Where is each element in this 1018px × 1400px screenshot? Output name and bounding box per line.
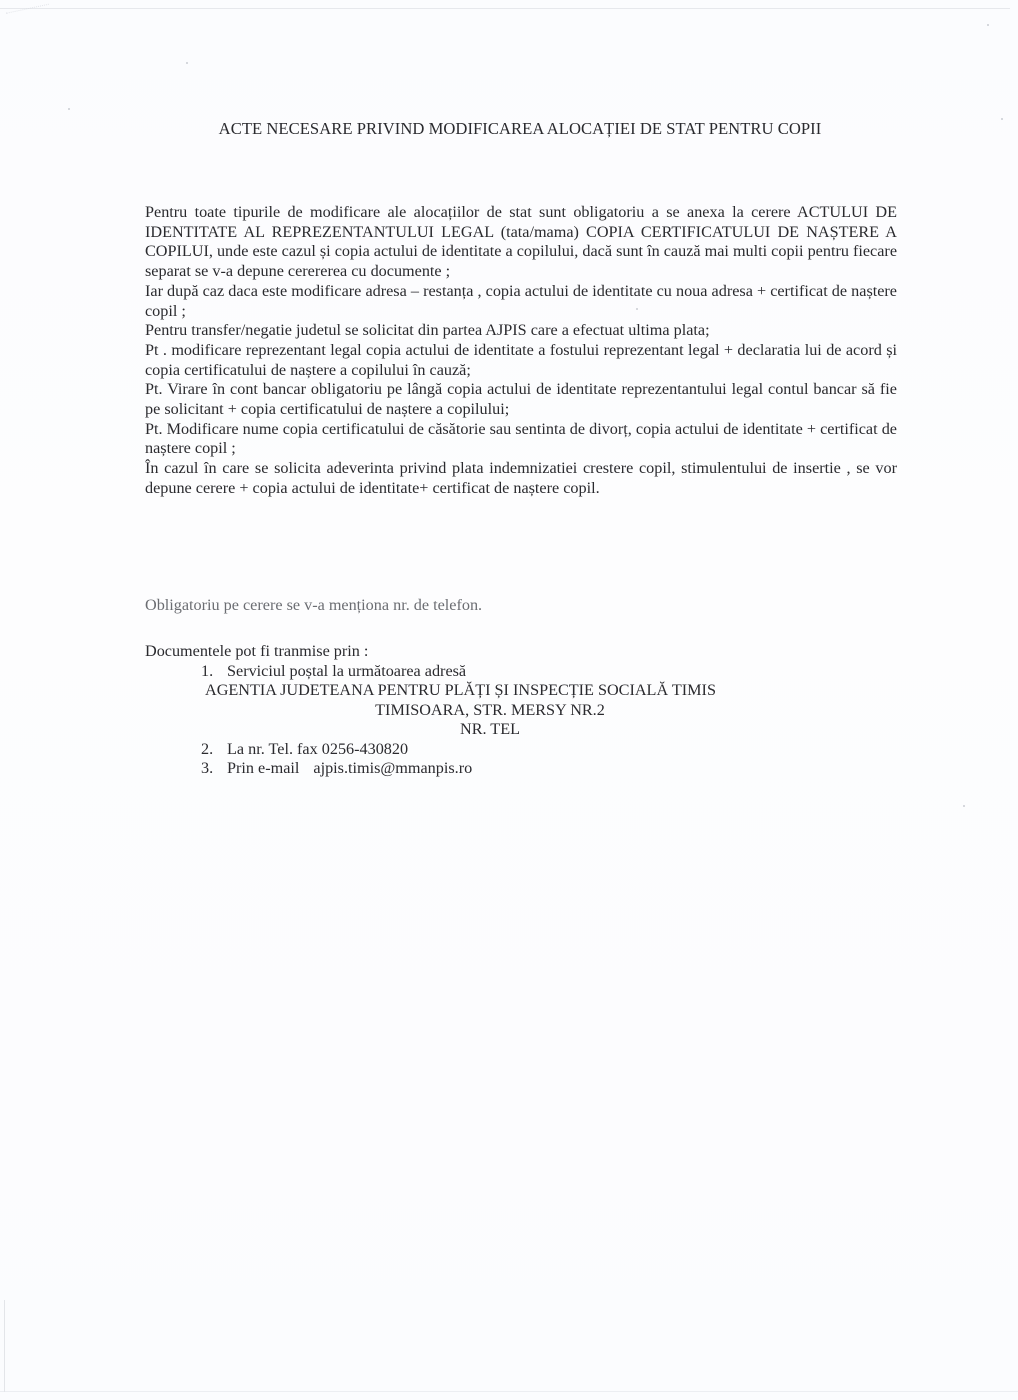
- scan-speck: [68, 108, 70, 110]
- scan-edge-left: [4, 1300, 5, 1392]
- transmission-item-fax: 2.La nr. Tel. fax 0256-430820: [145, 740, 905, 760]
- transmission-item-email: 3.Prin e-mailajpis.timis@mmanpis.ro: [145, 759, 905, 779]
- scanned-page: ACTE NECESARE PRIVIND MODIFICAREA ALOCAȚ…: [0, 0, 1018, 1400]
- email-address: ajpis.timis@mmanpis.ro: [313, 759, 472, 777]
- agency-street-address: TIMISOARA, STR. MERSY NR.2: [145, 701, 835, 721]
- transmission-intro: Documentele pot fi tranmise prin :: [145, 642, 905, 662]
- paragraph-general-requirements: Pentru toate tipurile de modificare ale …: [145, 203, 897, 282]
- list-label: Prin e-mail: [227, 759, 299, 777]
- corner-smudge: [6, 4, 55, 40]
- transmission-methods: Documentele pot fi tranmise prin : 1.Ser…: [145, 642, 905, 779]
- scan-edge-bottom: [0, 1391, 1018, 1392]
- agency-name: AGENTIA JUDETEANA PENTRU PLĂȚI ȘI INSPEC…: [145, 681, 905, 701]
- paragraph-address-change: Iar după caz daca este modificare adresa…: [145, 282, 897, 321]
- list-number: 3.: [201, 759, 227, 779]
- paragraph-county-transfer: Pentru transfer/negatie judetul se solic…: [145, 321, 897, 341]
- document-title: ACTE NECESARE PRIVIND MODIFICAREA ALOCAȚ…: [0, 119, 1018, 139]
- paragraph-certificate-request: În cazul în care se solicita adeverinta …: [145, 459, 897, 498]
- list-number: 2.: [201, 740, 227, 760]
- agency-phone-label: NR. TEL: [145, 720, 835, 740]
- paragraph-bank-account-transfer: Pt. Virare în cont bancar obligatoriu pe…: [145, 380, 897, 419]
- paragraph-legal-representative-change: Pt . modificare reprezentant legal copia…: [145, 341, 897, 380]
- list-number: 1.: [201, 662, 227, 682]
- scan-speck: [963, 805, 965, 807]
- scan-speck: [987, 24, 989, 26]
- list-label: La nr. Tel. fax 0256-430820: [227, 740, 408, 758]
- scan-edge-top: [0, 8, 1010, 9]
- scan-speck: [186, 62, 188, 64]
- list-label: Serviciul poștal la următoarea adresă: [227, 662, 466, 680]
- paragraph-name-change: Pt. Modificare nume copia certificatului…: [145, 420, 897, 459]
- requirements-body: Pentru toate tipurile de modificare ale …: [145, 203, 897, 499]
- phone-number-note: Obligatoriu pe cerere se v-a menționa nr…: [145, 596, 482, 615]
- transmission-item-postal: 1.Serviciul poștal la următoarea adresă: [145, 662, 905, 682]
